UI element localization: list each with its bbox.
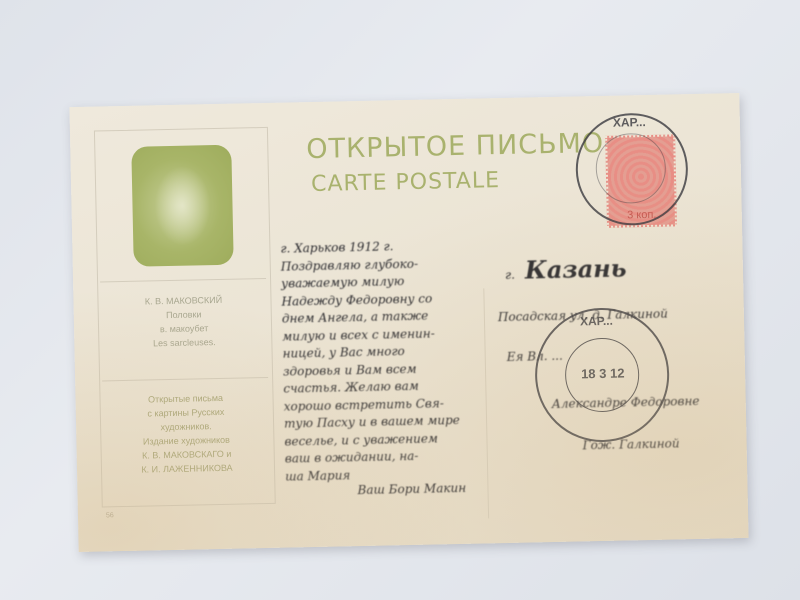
caption-line: Les sarcleuses. <box>101 334 267 351</box>
postmark-text: ХАР... <box>613 115 646 130</box>
postmark-inner-ring <box>595 133 666 204</box>
address-divider <box>483 288 489 518</box>
postmark-date: 18 3 12 <box>581 366 625 382</box>
artwork-vignette <box>131 145 233 267</box>
title-french: CARTE POSTALE <box>311 168 500 197</box>
message-line: Надежду Федоровну со <box>281 289 457 310</box>
address-prefix: г. <box>505 268 515 282</box>
artwork-caption: К. В. МАКОВСКИЙ Половки в. макоубет Les … <box>100 280 268 381</box>
address-city: Казань <box>525 253 627 284</box>
message-line: милую и всех с именин- <box>282 324 458 345</box>
postmark-text: ХАР... <box>580 314 613 329</box>
caption-line: К. И. ЛАЖЕННИКОВА <box>104 460 270 477</box>
card-number: 56 <box>106 512 114 519</box>
artwork-box <box>97 130 266 282</box>
postmark-center: ХАР... 18 3 12 <box>534 307 671 444</box>
handwritten-message: г. Харьков 1912 г. Поздравляю глубоко- у… <box>280 237 461 486</box>
postcard: К. В. МАКОВСКИЙ Половки в. макоубет Les … <box>69 93 748 552</box>
publisher-caption: Открытые письма с картины Русских художн… <box>102 380 270 503</box>
message-line: веселье, и с уважением <box>284 429 460 450</box>
signature: Ваш Бори Макин <box>357 481 466 497</box>
title-russian: ОТКРЫТОЕ ПИСЬМО <box>306 128 604 165</box>
left-panel-frame: К. В. МАКОВСКИЙ Половки в. макоубет Les … <box>94 127 276 508</box>
